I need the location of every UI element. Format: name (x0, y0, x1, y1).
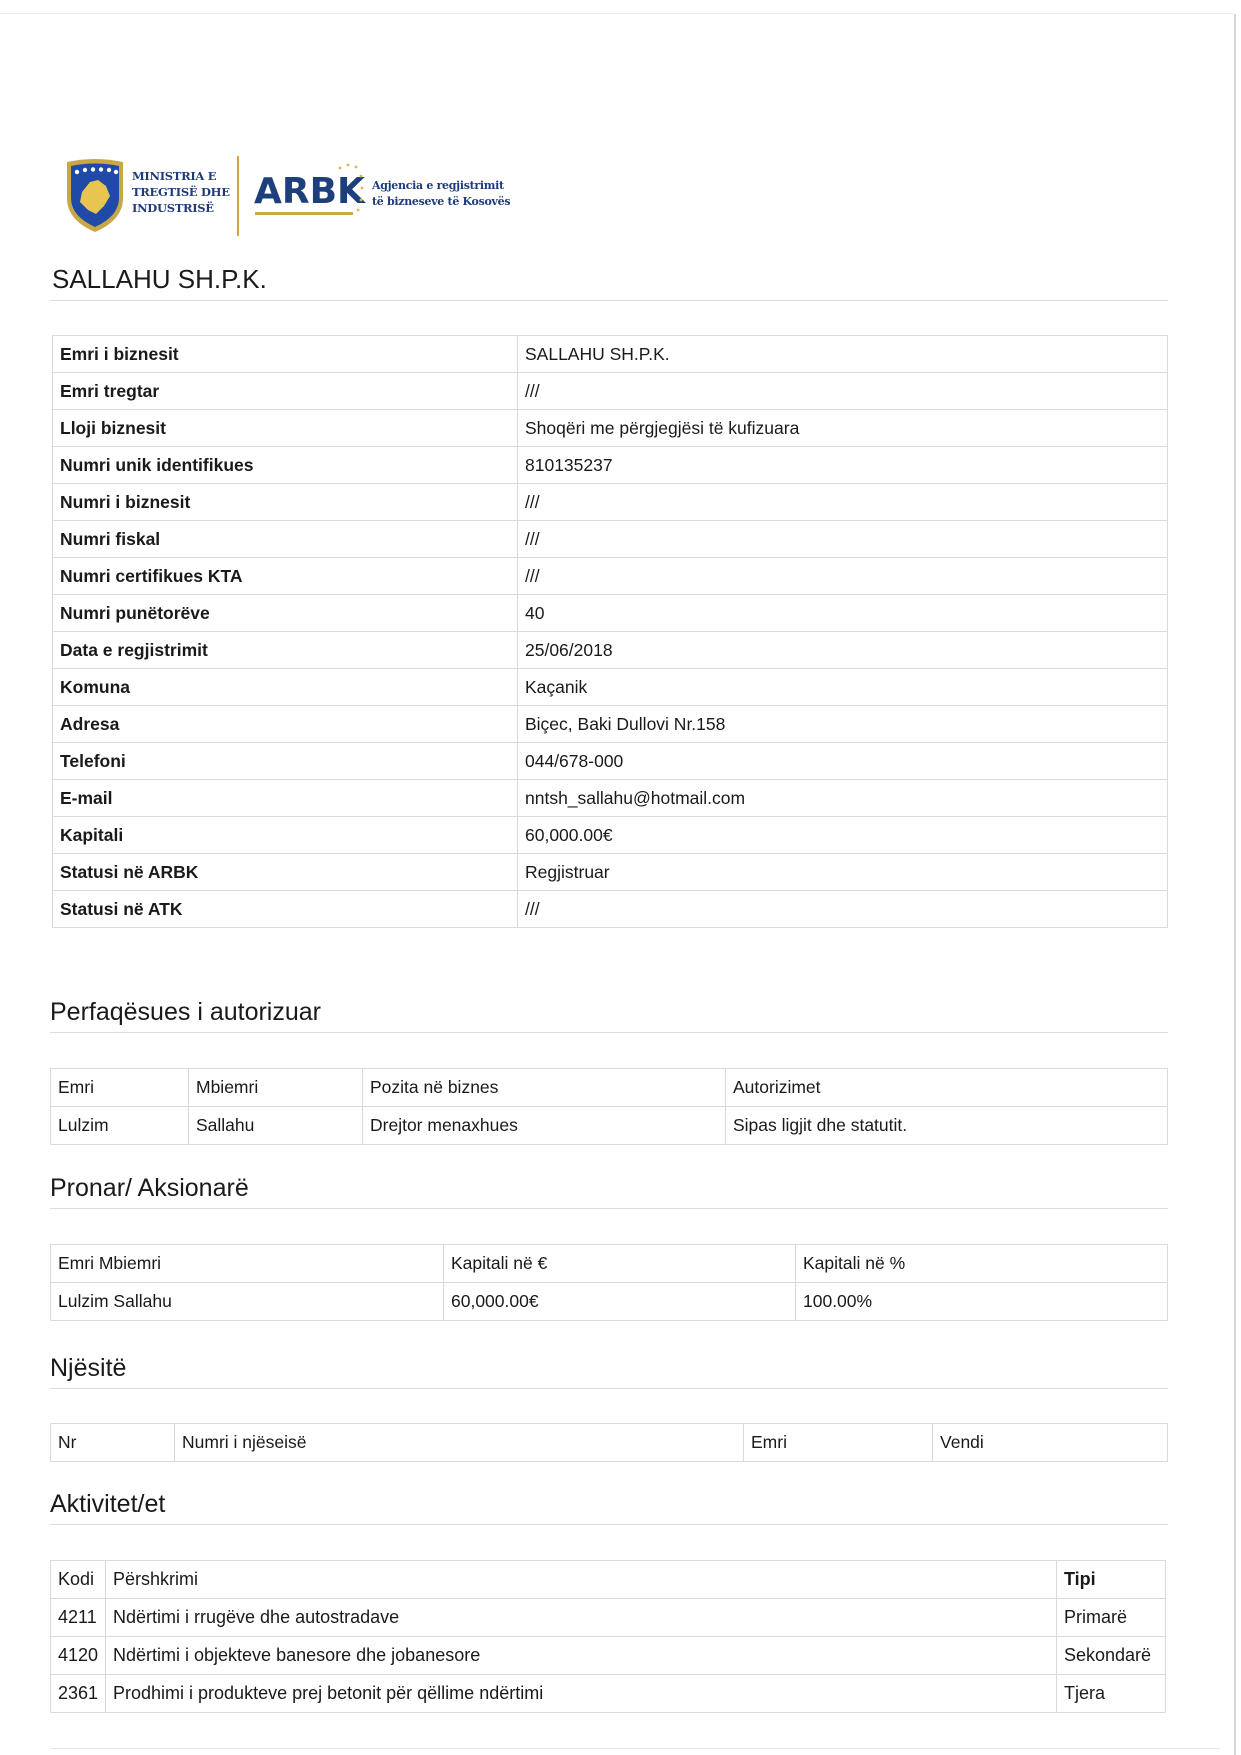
info-row: Kapitali60,000.00€ (53, 817, 1168, 854)
agency-name: Agjencia e regjistrimit të bizneseve të … (372, 178, 510, 210)
representatives-table: EmriMbiemriPozita në biznesAutorizimetLu… (50, 1068, 1168, 1145)
column-header: Pozita në biznes (363, 1069, 726, 1107)
info-row: Telefoni044/678-000 (53, 743, 1168, 780)
field-label: Emri i biznesit (53, 336, 518, 373)
info-row: Numri certifikues KTA/// (53, 558, 1168, 595)
field-value: /// (518, 373, 1168, 410)
table-cell: Lulzim (51, 1107, 189, 1145)
info-row: Statusi në ATK/// (53, 891, 1168, 928)
info-row: KomunaKaçanik (53, 669, 1168, 706)
info-row: Emri i biznesitSALLAHU SH.P.K. (53, 336, 1168, 373)
business-info-table: Emri i biznesitSALLAHU SH.P.K.Emri tregt… (52, 335, 1168, 928)
info-row: Numri punëtorëve40 (53, 595, 1168, 632)
table-row: LulzimSallahuDrejtor menaxhuesSipas ligj… (51, 1107, 1168, 1145)
column-header: Numri i njëseisë (175, 1424, 744, 1462)
table-row: Lulzim Sallahu60,000.00€100.00% (51, 1283, 1168, 1321)
field-value: 60,000.00€ (518, 817, 1168, 854)
field-value: /// (518, 558, 1168, 595)
representatives-title: Perfaqësues i autorizuar (50, 998, 321, 1027)
field-value: /// (518, 484, 1168, 521)
field-label: Statusi në ARBK (53, 854, 518, 891)
field-value: 810135237 (518, 447, 1168, 484)
activities-rule (50, 1524, 1168, 1525)
field-label: Numri unik identifikues (53, 447, 518, 484)
page-edge-top (0, 13, 1234, 14)
field-value: Shoqëri me përgjegjësi të kufizuara (518, 410, 1168, 447)
field-label: E-mail (53, 780, 518, 817)
field-value: /// (518, 521, 1168, 558)
field-label: Data e regjistrimit (53, 632, 518, 669)
table-cell: Primarë (1057, 1599, 1166, 1637)
table-cell: Prodhimi i produkteve prej betonit për q… (106, 1675, 1057, 1713)
ministry-name: MINISTRIA E TREGTISË DHE INDUSTRISË (132, 168, 230, 216)
table-cell: Drejtor menaxhues (363, 1107, 726, 1145)
column-header: Kapitali në € (444, 1245, 796, 1283)
kosovo-shield-icon (64, 158, 126, 234)
owners-title: Pronar/ Aksionarë (50, 1174, 249, 1203)
info-row: AdresaBiçec, Baki Dullovi Nr.158 (53, 706, 1168, 743)
table-cell: Sallahu (189, 1107, 363, 1145)
field-label: Komuna (53, 669, 518, 706)
field-label: Adresa (53, 706, 518, 743)
table-cell: Sipas ligjit dhe statutit. (726, 1107, 1168, 1145)
column-header: Emri (51, 1069, 189, 1107)
column-header: Autorizimet (726, 1069, 1168, 1107)
info-row: Data e regjistrimit25/06/2018 (53, 632, 1168, 669)
field-label: Statusi në ATK (53, 891, 518, 928)
document-title: SALLAHU SH.P.K. (52, 264, 267, 295)
representatives-rule (50, 1032, 1168, 1033)
activities-table: KodiPërshkrimiTipi4211Ndërtimi i rrugëve… (50, 1560, 1166, 1713)
info-row: E-mailnntsh_sallahu@hotmail.com (53, 780, 1168, 817)
field-label: Numri punëtorëve (53, 595, 518, 632)
field-value: Kaçanik (518, 669, 1168, 706)
table-header-row: KodiPërshkrimiTipi (51, 1561, 1166, 1599)
field-label: Telefoni (53, 743, 518, 780)
column-header: Nr (51, 1424, 175, 1462)
column-header: Kodi (51, 1561, 106, 1599)
units-title: Njësitë (50, 1354, 126, 1383)
table-cell: Ndërtimi i rrugëve dhe autostradave (106, 1599, 1057, 1637)
column-header: Tipi (1057, 1561, 1166, 1599)
units-table: NrNumri i njëseisëEmriVendi (50, 1423, 1168, 1462)
field-label: Numri certifikues KTA (53, 558, 518, 595)
table-header-row: EmriMbiemriPozita në biznesAutorizimet (51, 1069, 1168, 1107)
field-value: 40 (518, 595, 1168, 632)
table-header-row: NrNumri i njëseisëEmriVendi (51, 1424, 1168, 1462)
field-value: nntsh_sallahu@hotmail.com (518, 780, 1168, 817)
table-cell: 4120 (51, 1637, 106, 1675)
table-row: 4211Ndërtimi i rrugëve dhe autostradaveP… (51, 1599, 1166, 1637)
field-label: Kapitali (53, 817, 518, 854)
field-label: Numri i biznesit (53, 484, 518, 521)
table-header-row: Emri MbiemriKapitali në €Kapitali në % (51, 1245, 1168, 1283)
column-header: Emri Mbiemri (51, 1245, 444, 1283)
table-cell: Ndërtimi i objekteve banesore dhe jobane… (106, 1637, 1057, 1675)
field-label: Emri tregtar (53, 373, 518, 410)
field-label: Lloji biznesit (53, 410, 518, 447)
table-cell: 2361 (51, 1675, 106, 1713)
column-header: Përshkrimi (106, 1561, 1057, 1599)
table-cell: Sekondarë (1057, 1637, 1166, 1675)
column-header: Emri (744, 1424, 933, 1462)
table-row: 4120Ndërtimi i objekteve banesore dhe jo… (51, 1637, 1166, 1675)
table-cell: 4211 (51, 1599, 106, 1637)
column-header: Mbiemri (189, 1069, 363, 1107)
info-row: Emri tregtar/// (53, 373, 1168, 410)
units-rule (50, 1388, 1168, 1389)
page-edge-bottom (50, 1748, 1220, 1749)
owners-table: Emri MbiemriKapitali në €Kapitali në %Lu… (50, 1244, 1168, 1321)
field-value: SALLAHU SH.P.K. (518, 336, 1168, 373)
column-header: Kapitali në % (796, 1245, 1168, 1283)
info-row: Numri i biznesit/// (53, 484, 1168, 521)
table-row: 2361Prodhimi i produkteve prej betonit p… (51, 1675, 1166, 1713)
info-row: Statusi në ARBKRegjistruar (53, 854, 1168, 891)
field-value: Regjistruar (518, 854, 1168, 891)
title-rule (50, 300, 1168, 301)
info-row: Numri unik identifikues810135237 (53, 447, 1168, 484)
table-cell: Lulzim Sallahu (51, 1283, 444, 1321)
table-cell: Tjera (1057, 1675, 1166, 1713)
stars-icon (334, 162, 364, 222)
owners-rule (50, 1208, 1168, 1209)
page-edge-right (1234, 14, 1236, 1755)
activities-title: Aktivitet/et (50, 1490, 165, 1519)
document-header: MINISTRIA E TREGTISË DHE INDUSTRISË ARBK… (64, 156, 524, 238)
field-value: /// (518, 891, 1168, 928)
info-row: Lloji biznesitShoqëri me përgjegjësi të … (53, 410, 1168, 447)
field-value: 25/06/2018 (518, 632, 1168, 669)
column-header: Vendi (933, 1424, 1168, 1462)
table-cell: 60,000.00€ (444, 1283, 796, 1321)
field-value: 044/678-000 (518, 743, 1168, 780)
logo-divider (237, 156, 239, 236)
field-value: Biçec, Baki Dullovi Nr.158 (518, 706, 1168, 743)
info-row: Numri fiskal/// (53, 521, 1168, 558)
table-cell: 100.00% (796, 1283, 1168, 1321)
field-label: Numri fiskal (53, 521, 518, 558)
